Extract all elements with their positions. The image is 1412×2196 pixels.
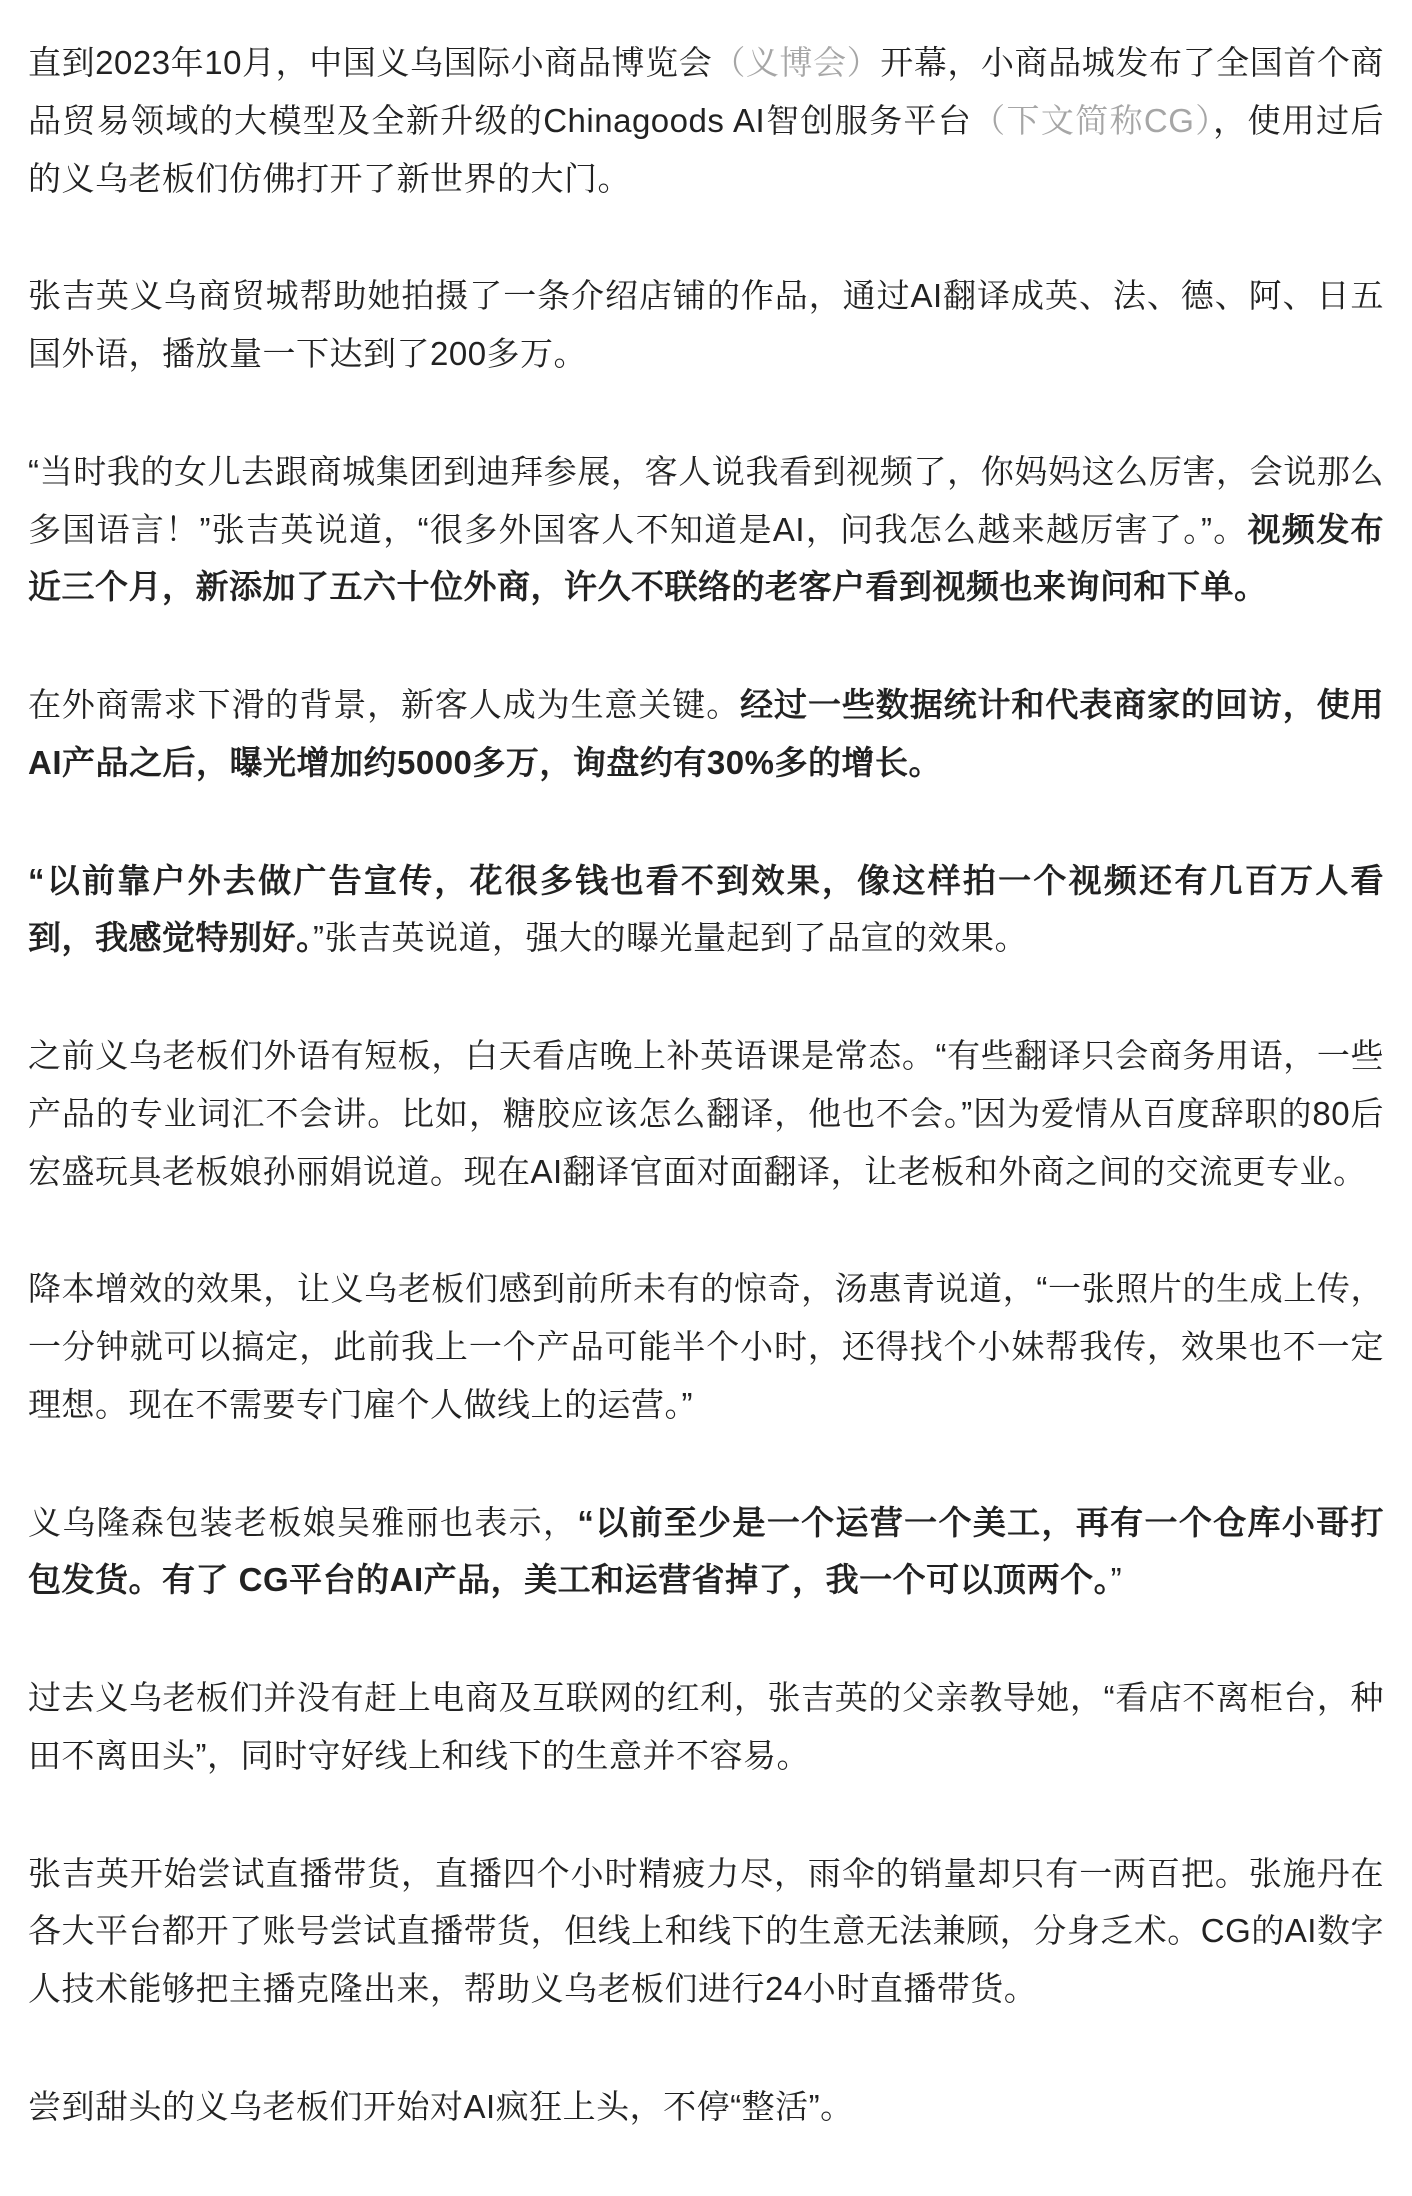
text-segment: 在外商需求下滑的背景，新客人成为生意关键。 bbox=[28, 686, 740, 723]
paragraph: 在外商需求下滑的背景，新客人成为生意关键。经过一些数据统计和代表商家的回访，使用… bbox=[28, 676, 1384, 792]
paragraph: 尝到甜头的义乌老板们开始对AI疯狂上头，不停“整活”。 bbox=[28, 2078, 1384, 2136]
paragraph: 张吉英开始尝试直播带货，直播四个小时精疲力尽，雨伞的销量却只有一两百把。张施丹在… bbox=[28, 1845, 1384, 2018]
text-segment: “当时我的女儿去跟商城集团到迪拜参展，客人说我看到视频了，你妈妈这么厉害，会说那… bbox=[28, 453, 1384, 548]
text-segment: （下文简称CG） bbox=[972, 102, 1213, 139]
text-segment: 降本增效的效果，让义乌老板们感到前所未有的惊奇，汤惠青说道，“一张照片的生成上传… bbox=[28, 1270, 1384, 1423]
article-body: 直到2023年10月，中国义乌国际小商品博览会（义博会）开幕，小商品城发布了全国… bbox=[0, 0, 1412, 2196]
paragraph: 直到2023年10月，中国义乌国际小商品博览会（义博会）开幕，小商品城发布了全国… bbox=[28, 34, 1384, 207]
text-segment: 过去义乌老板们并没有赶上电商及互联网的红利，张吉英的父亲教导她，“看店不离柜台，… bbox=[28, 1679, 1384, 1774]
paragraph: 降本增效的效果，让义乌老板们感到前所未有的惊奇，汤惠青说道，“一张照片的生成上传… bbox=[28, 1260, 1384, 1433]
text-segment: 张吉英义乌商贸城帮助她拍摄了一条介绍店铺的作品，通过AI翻译成英、法、德、阿、日… bbox=[28, 277, 1384, 372]
paragraph: 之前义乌老板们外语有短板，白天看店晚上补英语课是常态。“有些翻译只会商务用语，一… bbox=[28, 1027, 1384, 1200]
text-segment: 直到2023年10月，中国义乌国际小商品博览会 bbox=[28, 44, 712, 81]
paragraph: 过去义乌老板们并没有赶上电商及互联网的红利，张吉英的父亲教导她，“看店不离柜台，… bbox=[28, 1669, 1384, 1785]
paragraph: “以前靠户外去做广告宣传，花很多钱也看不到效果，像这样拍一个视频还有几百万人看到… bbox=[28, 852, 1384, 968]
text-segment: 义乌隆森包装老板娘吴雅丽也表示， bbox=[28, 1504, 577, 1541]
paragraph: “当时我的女儿去跟商城集团到迪拜参展，客人说我看到视频了，你妈妈这么厉害，会说那… bbox=[28, 443, 1384, 616]
text-segment: 张吉英开始尝试直播带货，直播四个小时精疲力尽，雨伞的销量却只有一两百把。张施丹在… bbox=[28, 1855, 1384, 2008]
text-segment: （义博会） bbox=[712, 44, 880, 81]
text-segment: 之前义乌老板们外语有短板，白天看店晚上补英语课是常态。“有些翻译只会商务用语，一… bbox=[28, 1037, 1384, 1190]
paragraph: 义乌隆森包装老板娘吴雅丽也表示，“以前至少是一个运营一个美工，再有一个仓库小哥打… bbox=[28, 1494, 1384, 1610]
text-segment: ”张吉英说道，强大的曝光量起到了品宣的效果。 bbox=[313, 919, 1028, 956]
text-segment: 尝到甜头的义乌老板们开始对AI疯狂上头，不停“整活”。 bbox=[28, 2088, 854, 2125]
paragraph: 张吉英义乌商贸城帮助她拍摄了一条介绍店铺的作品，通过AI翻译成英、法、德、阿、日… bbox=[28, 267, 1384, 383]
text-segment: ” bbox=[1111, 1561, 1123, 1598]
